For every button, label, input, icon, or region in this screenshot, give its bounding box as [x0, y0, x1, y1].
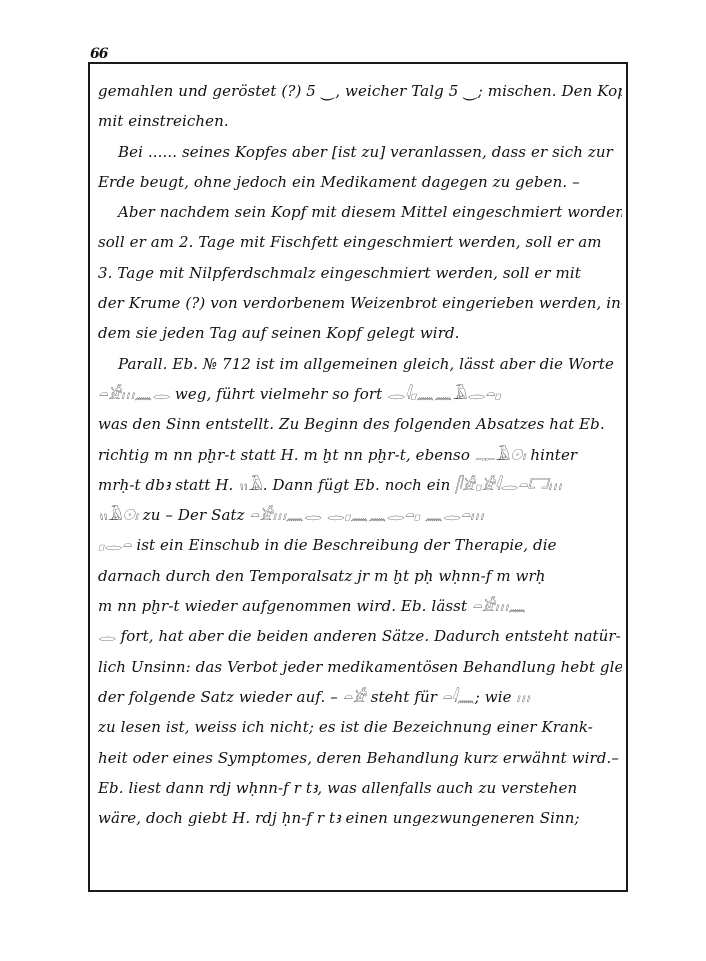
text-line: 𓂋 fort, hat aber die beiden anderen Sätz…: [98, 621, 622, 651]
text-line: was den Sinn entstellt. Zu Beginn des fo…: [98, 409, 622, 439]
text-line: Eb. liest dann rdj wḥnn-f r tꜣ, was alle…: [98, 773, 622, 803]
text-line: mrḥ-t dbꜣ statt H. 𓏭𓄿. Dann fügt Eb. noc…: [98, 470, 622, 500]
text-line: darnach durch den Temporalsatz jr m ḫt p…: [98, 561, 622, 591]
text-line: der Krume (?) von verdorbenem Weizenbrot…: [98, 288, 622, 318]
page-number: 66: [90, 46, 107, 62]
text-line: m nn pḫr-t wieder aufgenommen wird. Eb. …: [98, 591, 622, 621]
text-line: 3. Tage mit Nilpferdschmalz eingeschmier…: [98, 258, 622, 288]
text-line: Aber nachdem sein Kopf mit diesem Mittel…: [98, 197, 622, 227]
text-line: wäre, doch giebt H. rdj ḥn-f r tꜣ einen …: [98, 803, 622, 833]
text-line: gemahlen und geröstet (?) 5 ⏝, weicher T…: [98, 76, 622, 106]
text-line: Erde beugt, ohne jedoch ein Medikament d…: [98, 167, 622, 197]
text-line: mit einstreichen.: [98, 106, 622, 136]
handwritten-text-block: gemahlen und geröstet (?) 5 ⏝, weicher T…: [90, 76, 630, 833]
text-line: heit oder eines Symptomes, deren Behandl…: [98, 743, 622, 773]
text-line: lich Unsinn: das Verbot jeder medikament…: [98, 652, 622, 682]
text-line: Parall. Eb. № 712 ist im allgemeinen gle…: [98, 349, 622, 379]
text-line: dem sie jeden Tag auf seinen Kopf gelegt…: [98, 318, 622, 348]
text-line: Bei ...... seines Kopfes aber [ist zu] v…: [98, 137, 622, 167]
text-line: 𓏏𓀀𓏥𓈖𓂋 weg, führt vielmehr so fort 𓂋𓇋𓊪𓈖𓈖𓄿…: [98, 379, 622, 409]
text-line: zu lesen ist, weiss ich nicht; es ist di…: [98, 712, 622, 742]
text-line: 𓊪𓂋𓏏 ist ein Einschub in die Beschreibung…: [98, 530, 622, 560]
text-line: 𓏭𓄿𓇳𓏤 zu – Der Satz 𓏏𓀀𓏥𓈖𓂋 𓂋𓊪𓈖𓈖𓂋𓏏𓊪 𓈖𓂋𓏏𓏥: [98, 500, 622, 530]
text-frame: gemahlen und geröstet (?) 5 ⏝, weicher T…: [88, 62, 628, 892]
text-line: der folgende Satz wieder auf. – 𓏏𓀀 steht…: [98, 682, 622, 712]
text-line: richtig m nn pḫr-t statt H. m ḫt nn pḫr-…: [98, 440, 622, 470]
text-line: soll er am 2. Tage mit Fischfett eingesc…: [98, 227, 622, 257]
